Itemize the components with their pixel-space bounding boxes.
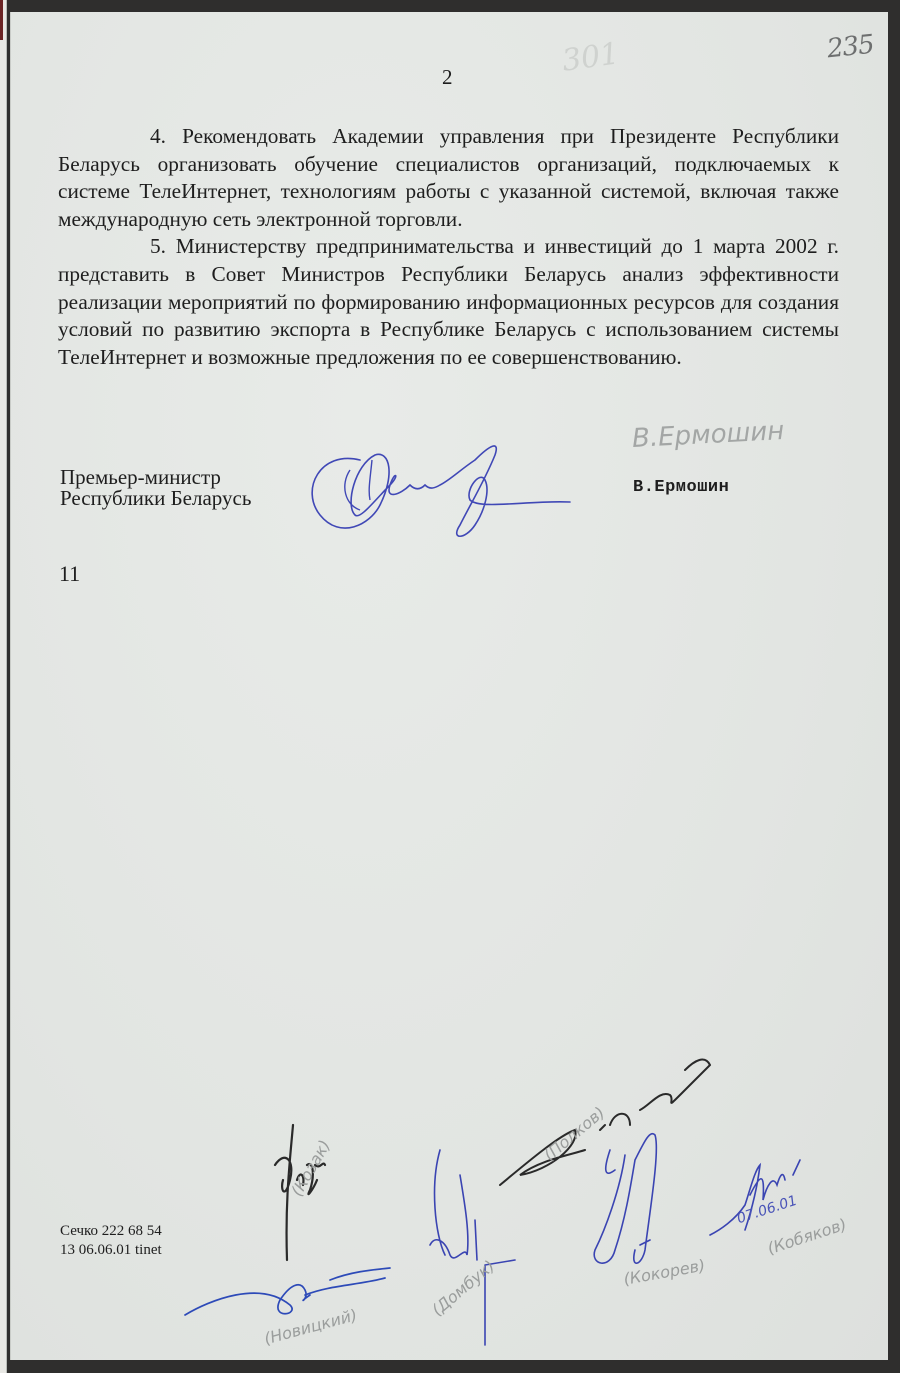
signer-typed-name: В.Ермошин: [633, 478, 729, 497]
executor-info: Сечко 222 68 54 13 06.06.01 tinet: [60, 1222, 162, 1260]
archive-sheet-number: 235: [826, 30, 876, 65]
binding-edge: [0, 0, 7, 1373]
paragraph-4: 4. Рекомендовать Академии управления при…: [58, 123, 839, 233]
executor-line1: Сечко 222 68 54: [60, 1222, 162, 1241]
executor-line2: 13 06.06.01 tinet: [60, 1241, 162, 1260]
signatory-title-line2: Республики Беларусь: [60, 488, 251, 509]
signatory-title-line1: Премьер-министр: [60, 467, 251, 488]
paragraph-5: 5. Министерству предпринимательства и ин…: [58, 233, 839, 371]
prime-minister-signature: [300, 430, 580, 550]
copies-count: 11: [59, 561, 80, 587]
page-number: 2: [442, 65, 453, 90]
signatory-title: Премьер-министр Республики Беларусь: [60, 467, 251, 509]
document-body: 4. Рекомендовать Академии управления при…: [58, 123, 839, 371]
visa-signature-kokorev: [590, 1110, 680, 1280]
binding-mark: [0, 0, 3, 40]
